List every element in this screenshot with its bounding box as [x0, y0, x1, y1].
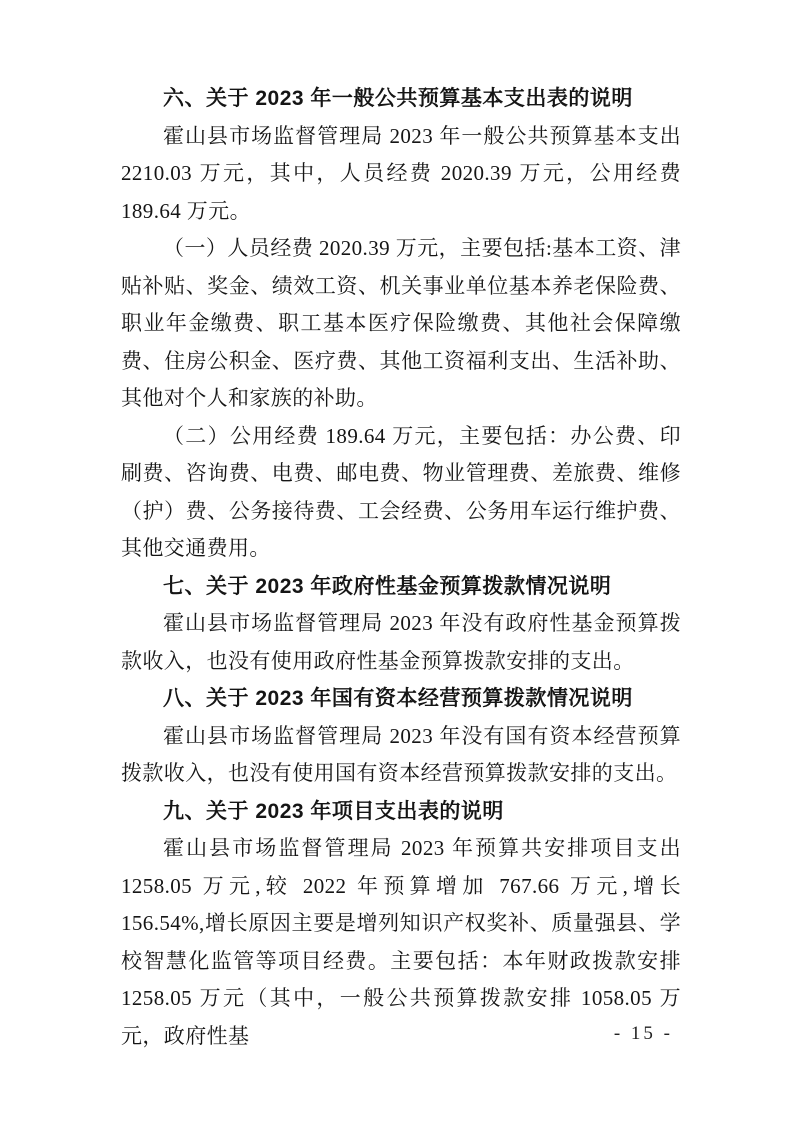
section-government-fund: 七、关于 2023 年政府性基金预算拨款情况说明 霍山县市场监督管理局 2023…: [121, 568, 681, 681]
section-heading: 七、关于 2023 年政府性基金预算拨款情况说明: [121, 568, 681, 606]
section-state-capital: 八、关于 2023 年国有资本经营预算拨款情况说明 霍山县市场监督管理局 202…: [121, 680, 681, 793]
paragraph: （二）公用经费 189.64 万元，主要包括：办公费、印刷费、咨询费、电费、邮电…: [121, 418, 681, 568]
paragraph: （一）人员经费 2020.39 万元，主要包括:基本工资、津贴补贴、奖金、绩效工…: [121, 230, 681, 418]
paragraph: 霍山县市场监督管理局 2023 年一般公共预算基本支出 2210.03 万元，其…: [121, 118, 681, 231]
section-heading: 九、关于 2023 年项目支出表的说明: [121, 793, 681, 831]
section-basic-expenditure: 六、关于 2023 年一般公共预算基本支出表的说明 霍山县市场监督管理局 202…: [121, 80, 681, 568]
section-project-expenditure: 九、关于 2023 年项目支出表的说明 霍山县市场监督管理局 2023 年预算共…: [121, 793, 681, 1056]
document-body: 六、关于 2023 年一般公共预算基本支出表的说明 霍山县市场监督管理局 202…: [121, 80, 681, 1055]
page-number: - 15 -: [614, 1022, 673, 1046]
section-heading: 八、关于 2023 年国有资本经营预算拨款情况说明: [121, 680, 681, 718]
document-page: 六、关于 2023 年一般公共预算基本支出表的说明 霍山县市场监督管理局 202…: [0, 0, 793, 1122]
paragraph: 霍山县市场监督管理局 2023 年预算共安排项目支出 1258.05 万元,较 …: [121, 830, 681, 1055]
paragraph: 霍山县市场监督管理局 2023 年没有国有资本经营预算拨款收入，也没有使用国有资…: [121, 718, 681, 793]
section-heading: 六、关于 2023 年一般公共预算基本支出表的说明: [121, 80, 681, 118]
paragraph: 霍山县市场监督管理局 2023 年没有政府性基金预算拨款收入，也没有使用政府性基…: [121, 605, 681, 680]
